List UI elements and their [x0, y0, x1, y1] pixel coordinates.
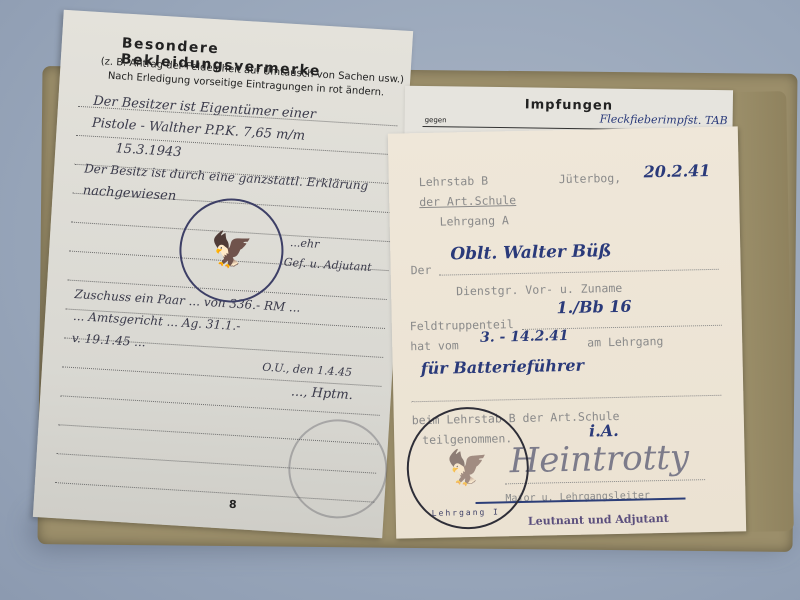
typed-unit-line-3: Lehrgang A [440, 213, 510, 228]
left-page: Besondere Bekleidungsvermerke (z. B. Ant… [33, 10, 413, 538]
handwritten-entry: ...ehr [290, 236, 320, 251]
handwritten-course: für Batterieführer [421, 356, 585, 378]
eagle-emblem-icon: 🦅 [446, 451, 489, 486]
typed-has-from: hat vom [410, 338, 459, 353]
handwritten-rank-name: Oblt. Walter Büß [450, 241, 612, 264]
commander-signature: Heintrotty [509, 437, 689, 481]
vaccination-entry: Fleckfieberimpfst. TAB [600, 112, 728, 127]
column-label-gegen: gegen [425, 116, 447, 124]
stamp-text: Lehrgang I [432, 507, 500, 517]
typed-der-label: Der [411, 263, 432, 277]
typed-name-caption: Dienstgr. Vor- u. Zuname [456, 281, 622, 298]
typed-place: Jüterbog, [559, 171, 622, 186]
page-number: 8 [229, 498, 237, 511]
adjutant-stamp: Leutnant und Adjutant [528, 512, 669, 528]
eagle-emblem-icon: 🦅 [209, 232, 253, 269]
dotted-line [439, 269, 719, 276]
handwritten-date: 20.2.41 [643, 161, 710, 181]
vaccinations-heading: Impfungen [525, 97, 613, 113]
course-certificate-slip: Lehrstab B der Art.Schule Lehrgang A Jüt… [388, 126, 746, 538]
unit-circular-stamp: 🦅 Lehrgang I [406, 406, 531, 531]
typed-unit-line-2: der Art.Schule [419, 193, 516, 209]
handwritten-unit: 1./Bb 16 [556, 297, 631, 318]
handwritten-course-dates: 3. - 14.2.41 [480, 328, 569, 346]
dotted-line [411, 395, 721, 402]
handwritten-for-order: i.A. [589, 421, 619, 441]
typed-course-label: am Lehrgang [587, 334, 663, 350]
typed-unit-line-1: Lehrstab B [419, 174, 489, 189]
